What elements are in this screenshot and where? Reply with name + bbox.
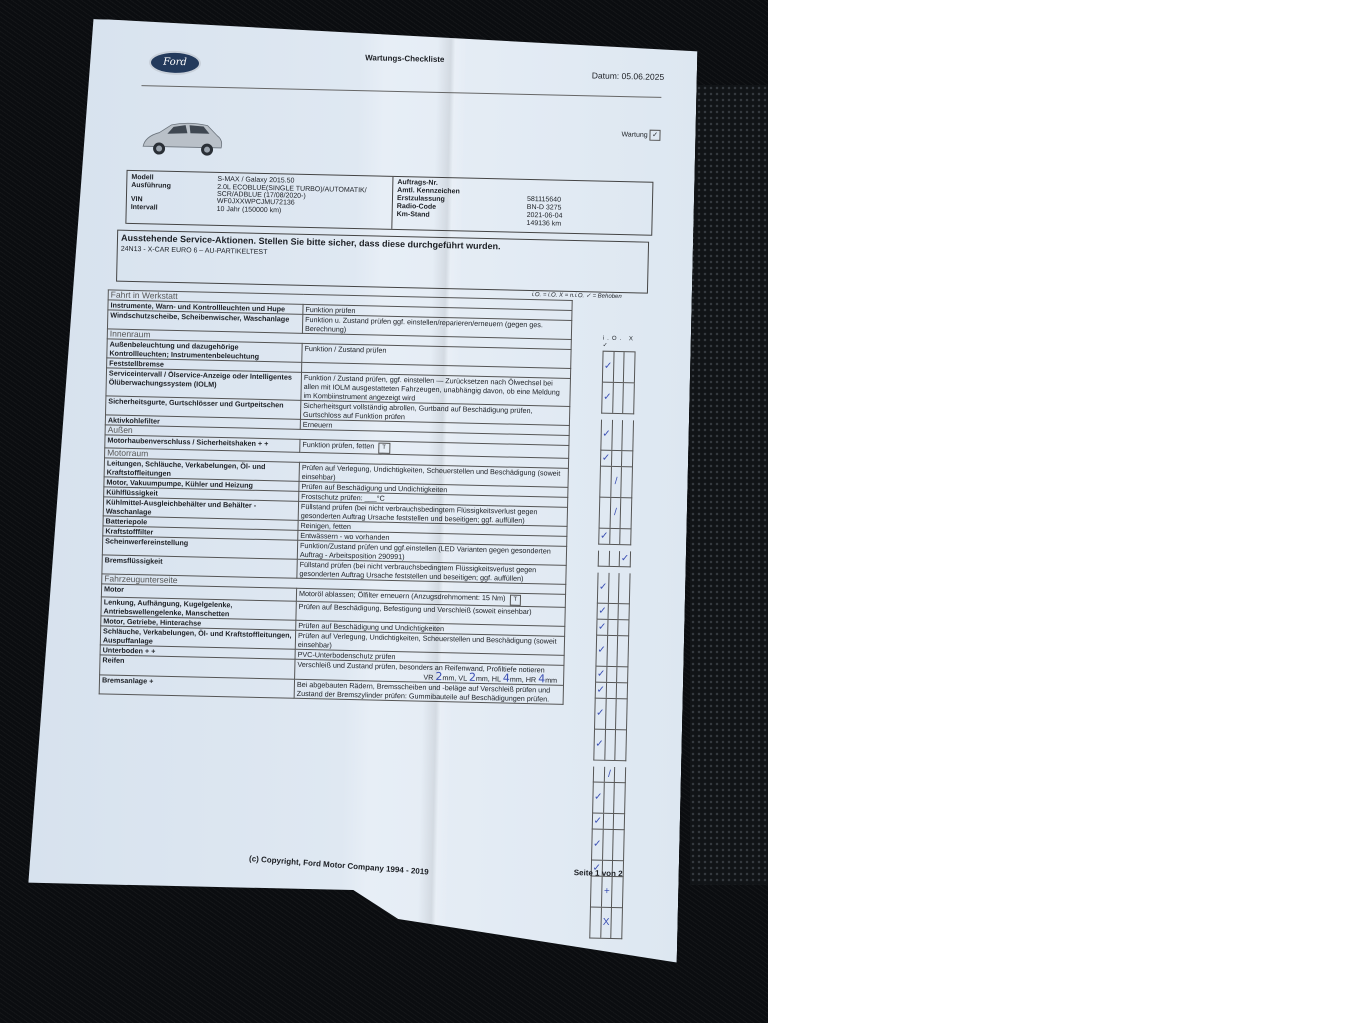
tick-fixed-cell[interactable]	[617, 667, 627, 682]
service-action-item: 24N13 - X-CAR EURO 6 – AU-PARTIKELTEST	[121, 246, 268, 256]
tick-x-cell[interactable]	[603, 830, 614, 860]
tick-io-cell[interactable]: ✓	[594, 730, 605, 760]
tick-fixed-cell[interactable]	[614, 814, 624, 829]
tick-x-cell[interactable]	[608, 620, 619, 635]
tick-io-cell[interactable]: ✓	[593, 783, 604, 813]
tick-io-cell[interactable]	[600, 467, 611, 497]
tick-io-cell[interactable]	[590, 908, 601, 938]
tick-x-cell[interactable]	[608, 604, 619, 619]
tick-row: ✓	[595, 683, 628, 700]
tick-x-cell[interactable]	[607, 636, 618, 666]
tick-column: i.O. X ✓ ✓✓✓✓//✓✓✓✓✓✓✓✓✓✓/✓✓✓✓+X	[589, 336, 636, 940]
info-label: Km-Stand	[397, 211, 430, 219]
tick-row: ✓	[598, 529, 631, 546]
tick-io-cell[interactable]	[600, 498, 611, 528]
page-number: Seite 1 von 2	[574, 868, 623, 878]
tick-io-cell[interactable]: ✓	[593, 814, 604, 829]
tick-row: ✓	[596, 604, 629, 621]
info-label: Modell	[131, 174, 153, 182]
tick-fixed-cell[interactable]	[617, 683, 627, 698]
tick-io-cell[interactable]: ✓	[596, 636, 607, 666]
tick-fixed-cell[interactable]	[613, 830, 623, 860]
tick-x-cell[interactable]	[605, 730, 616, 760]
wartung-label: Wartung	[621, 131, 647, 139]
info-label: VIN	[131, 196, 143, 203]
tick-io-cell[interactable]: ✓	[598, 573, 609, 603]
checklist-document: Ford Wartungs-Checkliste Datum: 05.06.20…	[48, 18, 698, 33]
tick-fixed-cell[interactable]	[621, 498, 631, 528]
tick-row: ✓	[601, 383, 635, 415]
tyre-depth-hr: 4	[538, 672, 545, 685]
info-value: BN-D 3275	[527, 204, 562, 212]
tick-fixed-cell[interactable]	[622, 451, 632, 466]
torque-badge: T	[378, 443, 390, 454]
tick-row: ✓	[593, 730, 627, 762]
tick-header: i.O. X ✓	[603, 336, 636, 350]
tick-x-cell[interactable]	[612, 451, 623, 466]
tick-row: ✓	[591, 830, 625, 862]
tick-fixed-cell[interactable]	[612, 877, 622, 907]
tick-fixed-cell[interactable]	[618, 636, 628, 666]
tick-fixed-cell[interactable]	[612, 908, 622, 938]
tick-x-cell[interactable]	[610, 529, 621, 544]
tick-x-cell[interactable]	[607, 667, 618, 682]
date-label: Datum:	[592, 70, 620, 81]
tick-row: ✓	[602, 351, 636, 384]
tick-row: ✓	[600, 420, 634, 452]
wartung-checkbox[interactable]: ✓	[650, 130, 661, 141]
date-value: 05.06.2025	[621, 71, 664, 82]
header-rule	[141, 85, 661, 98]
tick-io-cell[interactable]	[599, 551, 610, 566]
tick-fixed-cell[interactable]	[614, 783, 624, 813]
tick-row: X	[589, 908, 623, 940]
tick-row: ✓	[595, 667, 628, 684]
tick-x-cell[interactable]: +	[602, 877, 613, 907]
tick-x-cell[interactable]: X	[601, 908, 612, 938]
tyre-depth-vr: 2	[435, 670, 442, 683]
ford-logo: Ford	[149, 50, 202, 75]
tick-fixed-cell[interactable]	[619, 573, 629, 603]
tick-fixed-cell[interactable]	[623, 420, 633, 450]
torque-badge: T	[509, 595, 521, 606]
tick-io-cell[interactable]: ✓	[595, 699, 606, 729]
tick-x-cell[interactable]	[614, 352, 625, 382]
copyright: (c) Copyright, Ford Motor Company 1994 -…	[249, 854, 429, 876]
tick-row: /	[599, 467, 633, 499]
info-value: 149136 km	[526, 220, 561, 228]
tick-row: /	[599, 498, 633, 530]
tick-row: ✓	[592, 783, 626, 815]
info-label: Amtl. Kennzeichen	[397, 187, 460, 195]
tick-io-cell[interactable]: ✓	[603, 352, 614, 382]
tick-fixed-cell[interactable]	[618, 620, 628, 635]
tyre-depth-vl: 2	[469, 671, 476, 684]
tick-fixed-cell[interactable]: ✓	[620, 551, 630, 566]
tick-x-cell[interactable]	[604, 783, 615, 813]
tick-x-cell[interactable]	[613, 383, 624, 413]
tick-x-cell[interactable]	[606, 683, 617, 698]
tick-io-cell[interactable]: ✓	[601, 451, 612, 466]
tick-io-cell[interactable]: ✓	[599, 529, 610, 544]
checklist-table: Fahrt in WerkstattInstrumente, Warn- und…	[99, 289, 573, 704]
tick-row: ✓	[592, 814, 625, 831]
tick-fixed-cell[interactable]	[615, 767, 625, 782]
tick-fixed-cell[interactable]	[616, 730, 626, 760]
tick-x-cell[interactable]: /	[604, 767, 615, 782]
tyre-depth-hl: 4	[503, 671, 510, 684]
tick-x-cell[interactable]	[603, 814, 614, 829]
wartung-field: Wartung ✓	[621, 129, 660, 141]
row-item: Serviceintervall / Ölservice-Anzeige ode…	[106, 368, 302, 400]
tick-row: ✓	[598, 551, 631, 568]
info-label: Intervall	[131, 204, 158, 212]
tick-row: /	[593, 767, 626, 784]
tick-x-cell[interactable]	[612, 420, 623, 450]
tick-row: ✓	[597, 573, 631, 605]
tick-x-cell[interactable]	[609, 551, 620, 566]
vehicle-info-left: ModellS-MAX / Galaxy 2015.50Ausführung2.…	[128, 171, 653, 183]
tick-fixed-cell[interactable]	[619, 604, 629, 619]
service-actions-box: Ausstehende Service-Aktionen. Stellen Si…	[116, 230, 649, 294]
tick-io-cell[interactable]: ✓	[592, 830, 603, 860]
info-label: Auftrags-Nr.	[397, 179, 438, 187]
checklist-paper: Ford Wartungs-Checkliste Datum: 05.06.20…	[27, 18, 698, 963]
info-label: Erstzulassung	[397, 195, 445, 203]
tick-fixed-cell[interactable]	[622, 467, 632, 497]
tick-fixed-cell[interactable]	[624, 352, 634, 382]
row-item: Bremsanlage +	[99, 675, 294, 698]
tick-x-cell[interactable]	[609, 573, 620, 603]
tick-io-cell[interactable]: ✓	[596, 683, 607, 698]
tick-x-cell[interactable]: /	[610, 498, 621, 528]
vehicle-info-right: Auftrags-Nr.Amtl. Kennzeichen581115640Er…	[128, 171, 653, 183]
document-title: Wartungs-Checkliste	[365, 53, 444, 64]
info-value: 581115640	[527, 196, 561, 204]
info-divider	[391, 177, 393, 229]
document-date: Datum: 05.06.2025	[592, 70, 665, 82]
tick-row: +	[590, 877, 624, 909]
tick-row: ✓	[596, 620, 629, 637]
tick-io-cell[interactable]: ✓	[596, 667, 607, 682]
info-label: Radio-Code	[397, 203, 436, 211]
car-photo-icon	[137, 114, 228, 160]
tick-fixed-cell[interactable]	[624, 383, 634, 413]
tick-io-cell[interactable]	[594, 767, 605, 782]
tick-fixed-cell[interactable]	[621, 529, 631, 544]
info-label: Ausführung	[131, 182, 171, 190]
tick-io-cell[interactable]: ✓	[601, 420, 612, 450]
tick-io-cell[interactable]: ✓	[602, 383, 613, 413]
photo-background: Ford Wartungs-Checkliste Datum: 05.06.20…	[0, 0, 768, 1023]
tick-x-cell[interactable]	[606, 699, 617, 729]
tick-fixed-cell[interactable]	[616, 699, 626, 729]
tick-io-cell[interactable]: ✓	[598, 604, 609, 619]
tick-row: ✓	[595, 636, 629, 668]
tick-x-cell[interactable]: /	[611, 467, 622, 497]
vehicle-info-box: ModellS-MAX / Galaxy 2015.50Ausführung2.…	[125, 170, 653, 236]
tick-io-cell[interactable]	[591, 877, 602, 907]
info-value: 2021-06-04	[527, 212, 563, 220]
car-seat-texture	[690, 85, 768, 885]
tick-row: ✓	[600, 451, 633, 468]
tick-row: ✓	[594, 699, 628, 731]
tick-io-cell[interactable]: ✓	[597, 620, 608, 635]
